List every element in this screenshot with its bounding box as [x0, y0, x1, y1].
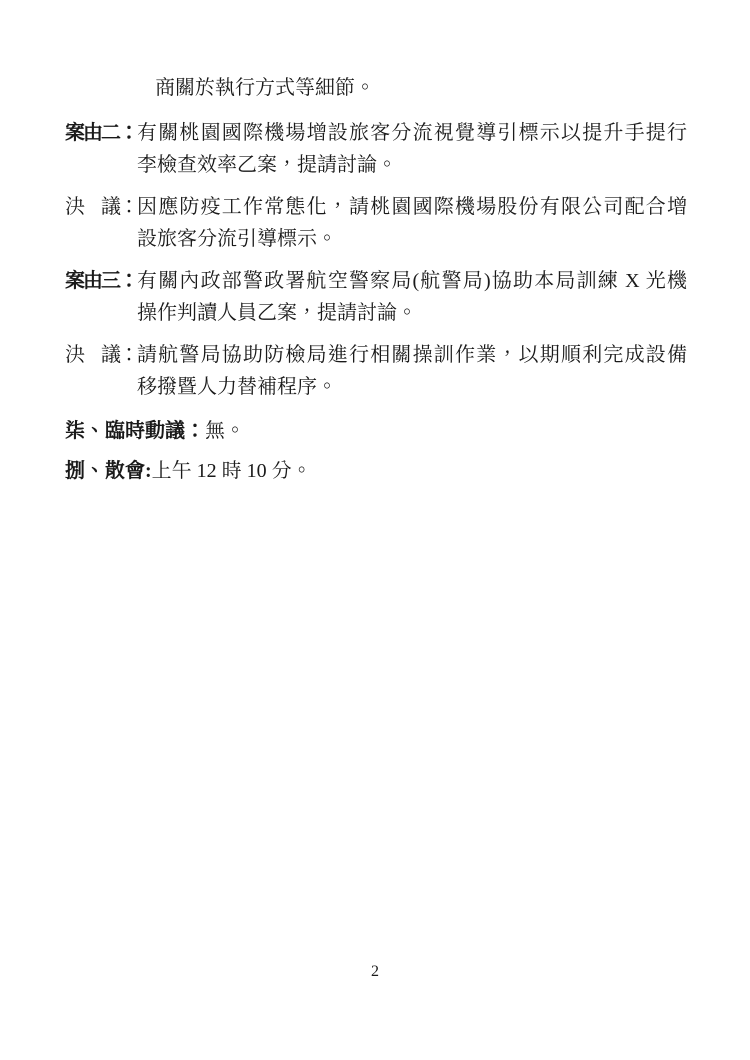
resolution-3-line-2: 移撥暨人力替補程序。	[137, 371, 687, 403]
resolution-2-label: 決 議：	[65, 191, 137, 255]
paragraph-continuation: 商關於執行方式等細節。	[155, 72, 687, 104]
closing-adjournment-text: 上午 12 時 10 分。	[152, 460, 312, 482]
case-item-3: 案由三： 有關內政部警政署航空警察局(航警局)協助本局訓練 X 光機 操作判讀人…	[65, 265, 687, 329]
document-body: 商關於執行方式等細節。 案由二： 有關桃園國際機場增設旅客分流視覺導引標示以提升…	[65, 72, 687, 487]
resolution-item-3: 決 議： 請航警局協助防檢局進行相關操訓作業，以期順利完成設備 移撥暨人力替補程…	[65, 339, 687, 403]
case-2-line-1: 有關桃園國際機場增設旅客分流視覺導引標示以提升手提行	[137, 117, 687, 149]
closing-motions-text: 無。	[205, 420, 245, 442]
closing-adjournment: 捌、散會:上午 12 時 10 分。	[65, 455, 687, 487]
case-3-line-1: 有關內政部警政署航空警察局(航警局)協助本局訓練 X 光機	[137, 265, 687, 297]
resolution-item-2: 決 議： 因應防疫工作常態化，請桃園國際機場股份有限公司配合增 設旅客分流引導標…	[65, 191, 687, 255]
page-number: 2	[0, 963, 750, 981]
case-3-label: 案由三：	[65, 265, 137, 329]
resolution-2-content: 因應防疫工作常態化，請桃園國際機場股份有限公司配合增 設旅客分流引導標示。	[137, 191, 687, 255]
case-3-line-2: 操作判讀人員乙案，提請討論。	[137, 297, 687, 329]
document-page: 商關於執行方式等細節。 案由二： 有關桃園國際機場增設旅客分流視覺導引標示以提升…	[0, 0, 750, 1060]
resolution-2-line-1: 因應防疫工作常態化，請桃園國際機場股份有限公司配合增	[137, 191, 687, 223]
resolution-3-content: 請航警局協助防檢局進行相關操訓作業，以期順利完成設備 移撥暨人力替補程序。	[137, 339, 687, 403]
closing-motions-label: 柒、臨時動議：	[65, 420, 205, 442]
resolution-2-line-2: 設旅客分流引導標示。	[137, 223, 687, 255]
case-item-2: 案由二： 有關桃園國際機場增設旅客分流視覺導引標示以提升手提行 李檢查效率乙案，…	[65, 117, 687, 181]
resolution-3-line-1: 請航警局協助防檢局進行相關操訓作業，以期順利完成設備	[137, 339, 687, 371]
case-2-content: 有關桃園國際機場增設旅客分流視覺導引標示以提升手提行 李檢查效率乙案，提請討論。	[137, 117, 687, 181]
closing-motions: 柒、臨時動議：無。	[65, 415, 687, 447]
resolution-3-label: 決 議：	[65, 339, 137, 403]
closing-adjournment-label: 捌、散會:	[65, 460, 152, 482]
case-3-content: 有關內政部警政署航空警察局(航警局)協助本局訓練 X 光機 操作判讀人員乙案，提…	[137, 265, 687, 329]
case-2-label: 案由二：	[65, 117, 137, 181]
case-2-line-2: 李檢查效率乙案，提請討論。	[137, 149, 687, 181]
